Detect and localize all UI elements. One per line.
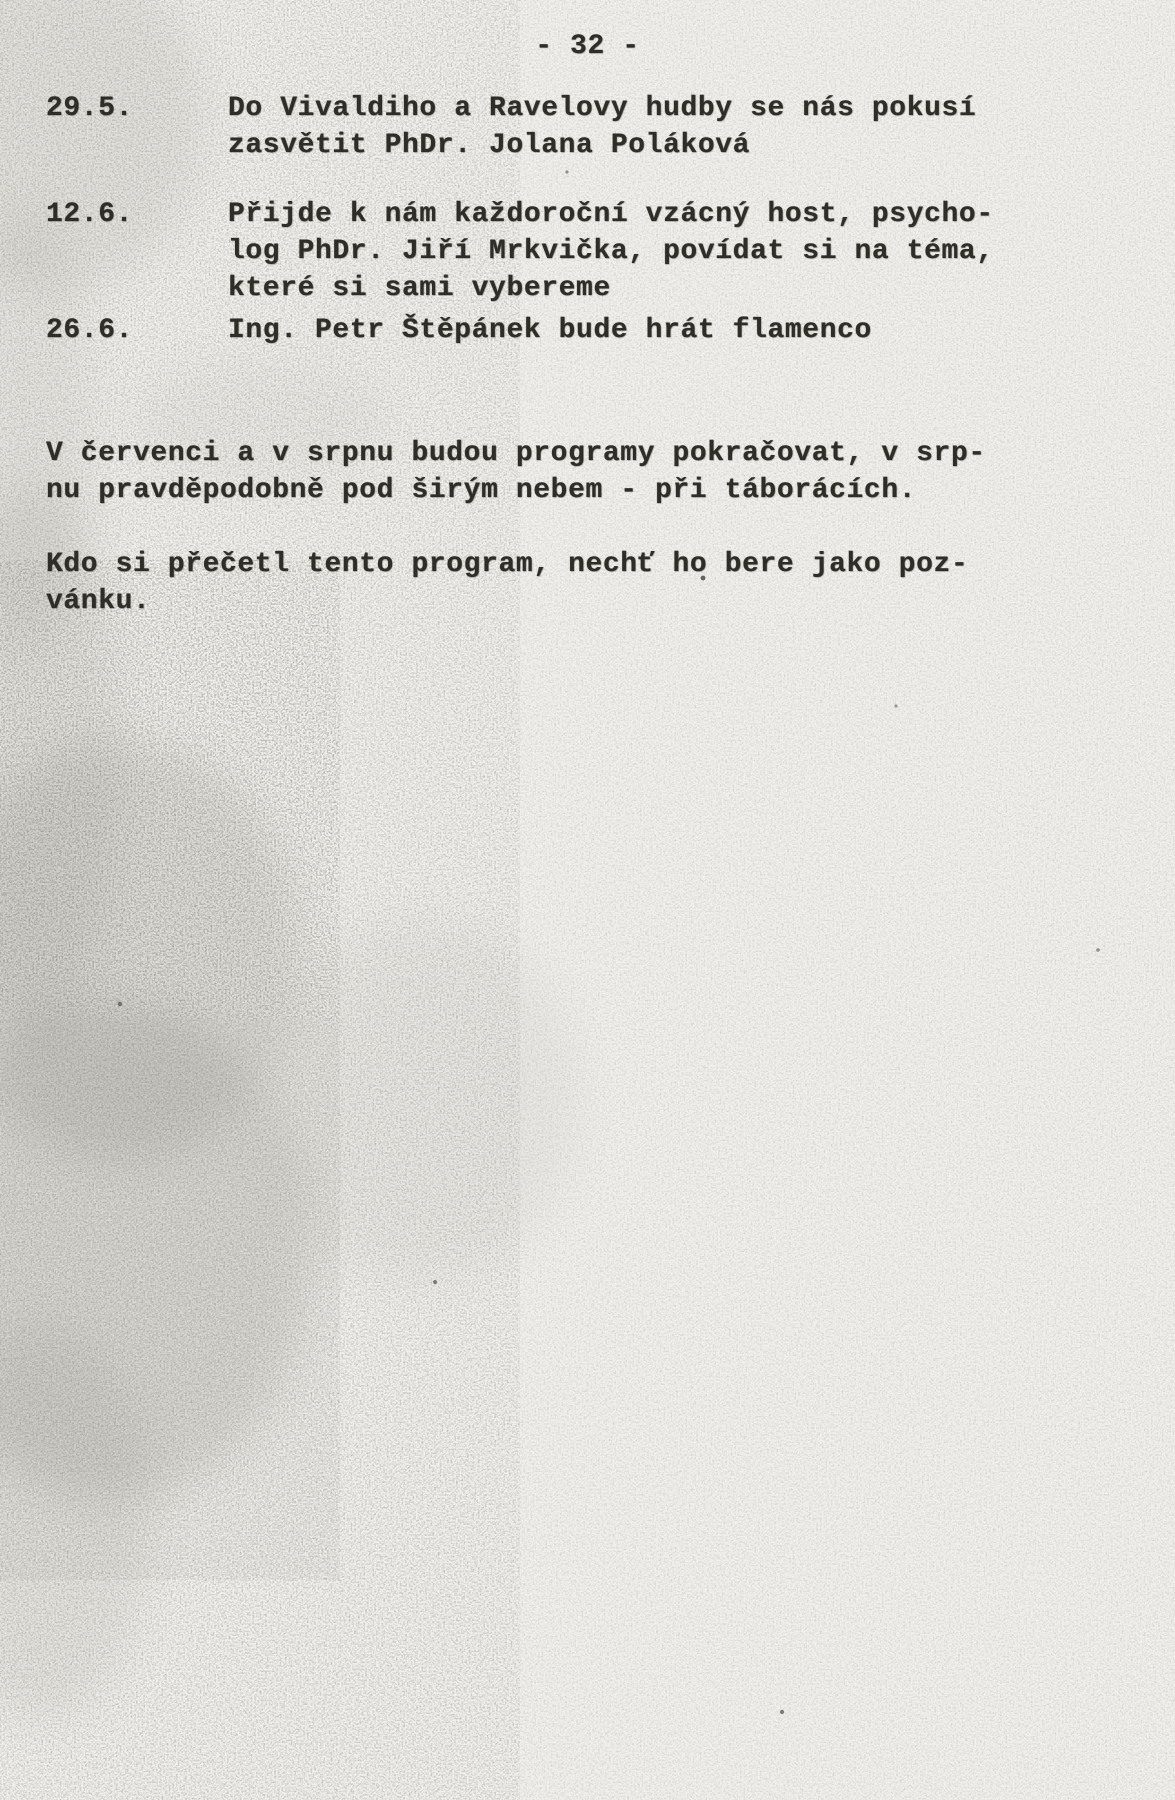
schedule-entry: 26.6. Ing. Petr Štěpánek bude hrát flame… [0, 312, 1175, 349]
schedule-entry: 29.5. Do Vivaldiho a Ravelovy hudby se n… [0, 90, 1175, 164]
document-content: - 32 - 29.5. Do Vivaldiho a Ravelovy hud… [0, 0, 1175, 1800]
schedule-entry: 12.6. Přijde k nám každoroční vzácný hos… [0, 196, 1175, 307]
page-number: - 32 - [0, 28, 1175, 65]
entry-text: Ing. Petr Štěpánek bude hrát flamenco [228, 312, 1055, 349]
entry-date: 26.6. [46, 312, 133, 349]
entry-date: 12.6. [46, 196, 133, 233]
scanned-document-page: - 32 - 29.5. Do Vivaldiho a Ravelovy hud… [0, 0, 1175, 1800]
closing-paragraph: V červenci a v srpnu budou programy pokr… [46, 435, 1066, 509]
entry-date: 29.5. [46, 90, 133, 127]
entry-text: Přijde k nám každoroční vzácný host, psy… [228, 196, 1055, 307]
invitation-paragraph: Kdo si přečetl tento program, nechť ho b… [46, 546, 1066, 620]
entry-text: Do Vivaldiho a Ravelovy hudby se nás pok… [228, 90, 1055, 164]
